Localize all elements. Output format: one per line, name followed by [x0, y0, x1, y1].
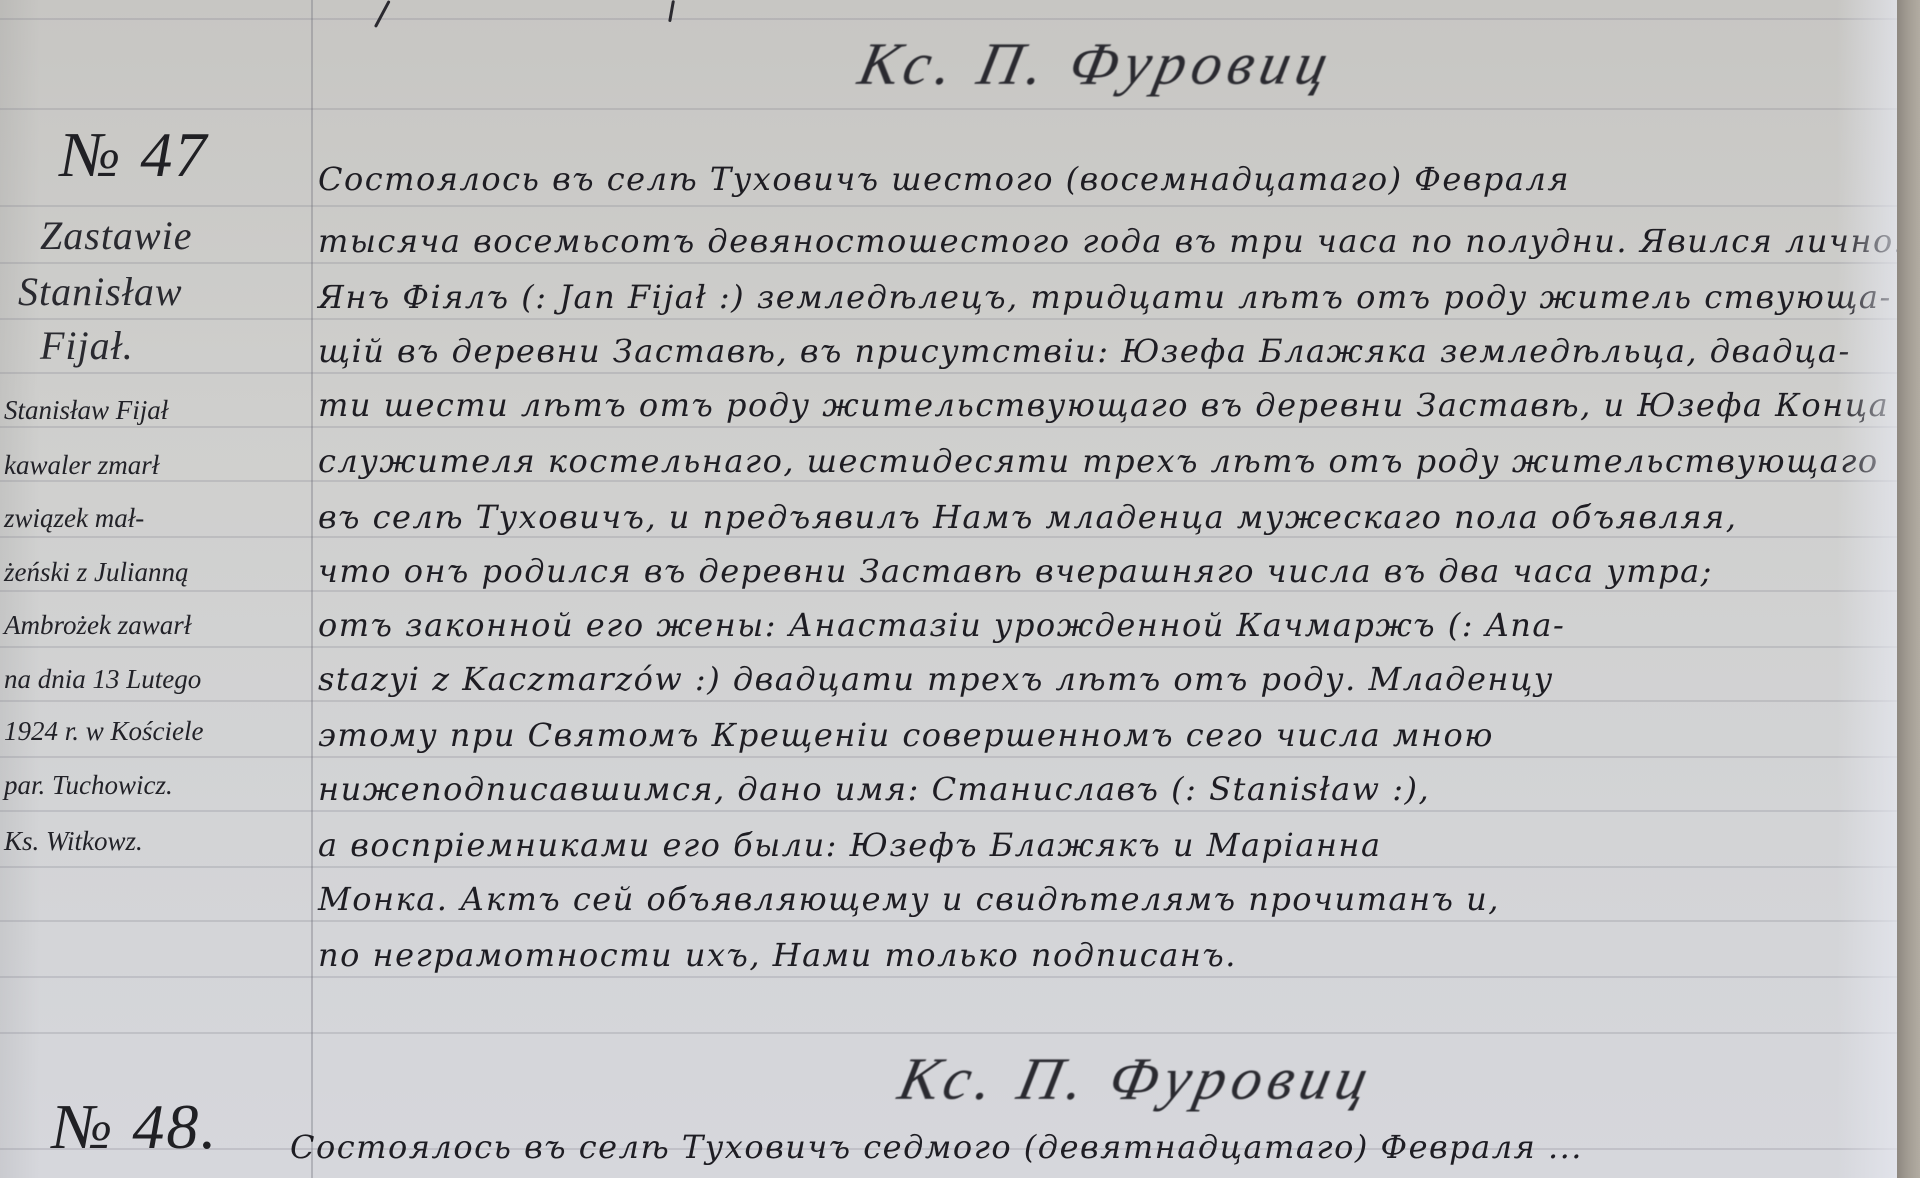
margin-village: Zastawie — [40, 212, 192, 259]
margin-annotation-line: kawaler zmarł — [4, 450, 159, 481]
ruled-line — [0, 590, 1897, 592]
ruled-line — [0, 262, 1897, 264]
ruled-line — [0, 976, 1897, 978]
entry-body-line: нижеподписавшимся, дано имя: Станиславъ … — [318, 770, 1430, 808]
ruled-line — [0, 700, 1897, 702]
margin-surname: Fijał. — [40, 322, 134, 369]
ruled-line — [0, 646, 1897, 648]
entry-body-line: щій въ деревни Заставѣ, въ присутствіи: … — [318, 332, 1851, 370]
margin-rule — [311, 0, 313, 1178]
entry-body-line: stazyi z Kaczmarzów :) двадцати трехъ лѣ… — [318, 660, 1554, 698]
margin-first-name: Stanisław — [18, 268, 183, 315]
ruled-line — [0, 1032, 1897, 1034]
margin-annotation-line: żeński z Julianną — [4, 557, 188, 588]
ruled-line — [0, 536, 1897, 538]
entry-body-line: этому при Святомъ Крещеніи совершенномъ … — [318, 716, 1494, 754]
margin-annotation-line: Ambrożek zawarł — [4, 610, 191, 641]
entry-body-line: тысяча восемьсотъ девяностошестого года … — [318, 222, 1897, 260]
ruled-line — [0, 866, 1897, 868]
margin-annotation-line: 1924 r. w Kościele — [4, 716, 204, 747]
priest-signature-top: Кс. П. Фуровиц — [853, 30, 1340, 99]
margin-annotation-line: par. Tuchowicz. — [4, 770, 173, 801]
entry-body-line: Монка. Актъ сей объявляющему и свидѣтеля… — [318, 880, 1500, 918]
entry-body-line: отъ законной его жены: Анастазіи урожден… — [318, 606, 1565, 644]
entry-body-line: что онъ родился въ деревни Заставѣ вчера… — [318, 552, 1713, 590]
ruled-line — [0, 480, 1897, 482]
entry-body-line: ти шести лѣтъ отъ роду жительствующаго в… — [318, 386, 1889, 424]
priest-signature-entry-47: Кс. П. Фуровиц — [893, 1045, 1380, 1114]
entry-body-line: служителя костельнаго, шестидесяти трехъ… — [318, 442, 1879, 480]
entry-body-line: по неграмотности ихъ, Нами только подпис… — [318, 936, 1237, 974]
margin-annotation-signature: Ks. Witkowz. — [4, 826, 143, 857]
ruled-line — [0, 920, 1897, 922]
ruled-line — [0, 756, 1897, 758]
margin-annotation-line: związek mał- — [4, 503, 144, 534]
ruled-line — [0, 18, 1897, 20]
ruled-line — [0, 205, 1897, 207]
entry-number: № 48. — [52, 1090, 218, 1164]
ruled-line — [0, 108, 1897, 110]
ruled-line — [0, 426, 1897, 428]
ruled-line — [0, 372, 1897, 374]
entry-body-line: Янъ Фіялъ (: Jan Fijał :) земледѣлецъ, т… — [318, 278, 1892, 316]
margin-annotation-line: Stanisław Fijał — [4, 395, 168, 426]
entry-number: № 47 — [60, 118, 208, 192]
entry-body-line: а воспріемниками его были: Юзефъ Блажякъ… — [318, 826, 1382, 864]
ruled-line — [0, 810, 1897, 812]
entry-body-line: Состоялось въ селѣ Туховичъ шестого (вос… — [318, 160, 1570, 198]
entry-body-line: Состоялось въ селѣ Туховичъ седмого (дев… — [290, 1128, 1583, 1166]
margin-annotation-line: na dnia 13 Lutego — [4, 664, 201, 695]
entry-body-line: въ селѣ Туховичъ, и предъявилъ Намъ млад… — [318, 498, 1737, 536]
ink-stroke — [374, 0, 391, 28]
register-page: Кс. П. Фуровиц № 47 Zastawie Stanisław F… — [0, 0, 1897, 1178]
page-edge-background — [1897, 0, 1920, 1178]
ruled-line — [0, 318, 1897, 320]
